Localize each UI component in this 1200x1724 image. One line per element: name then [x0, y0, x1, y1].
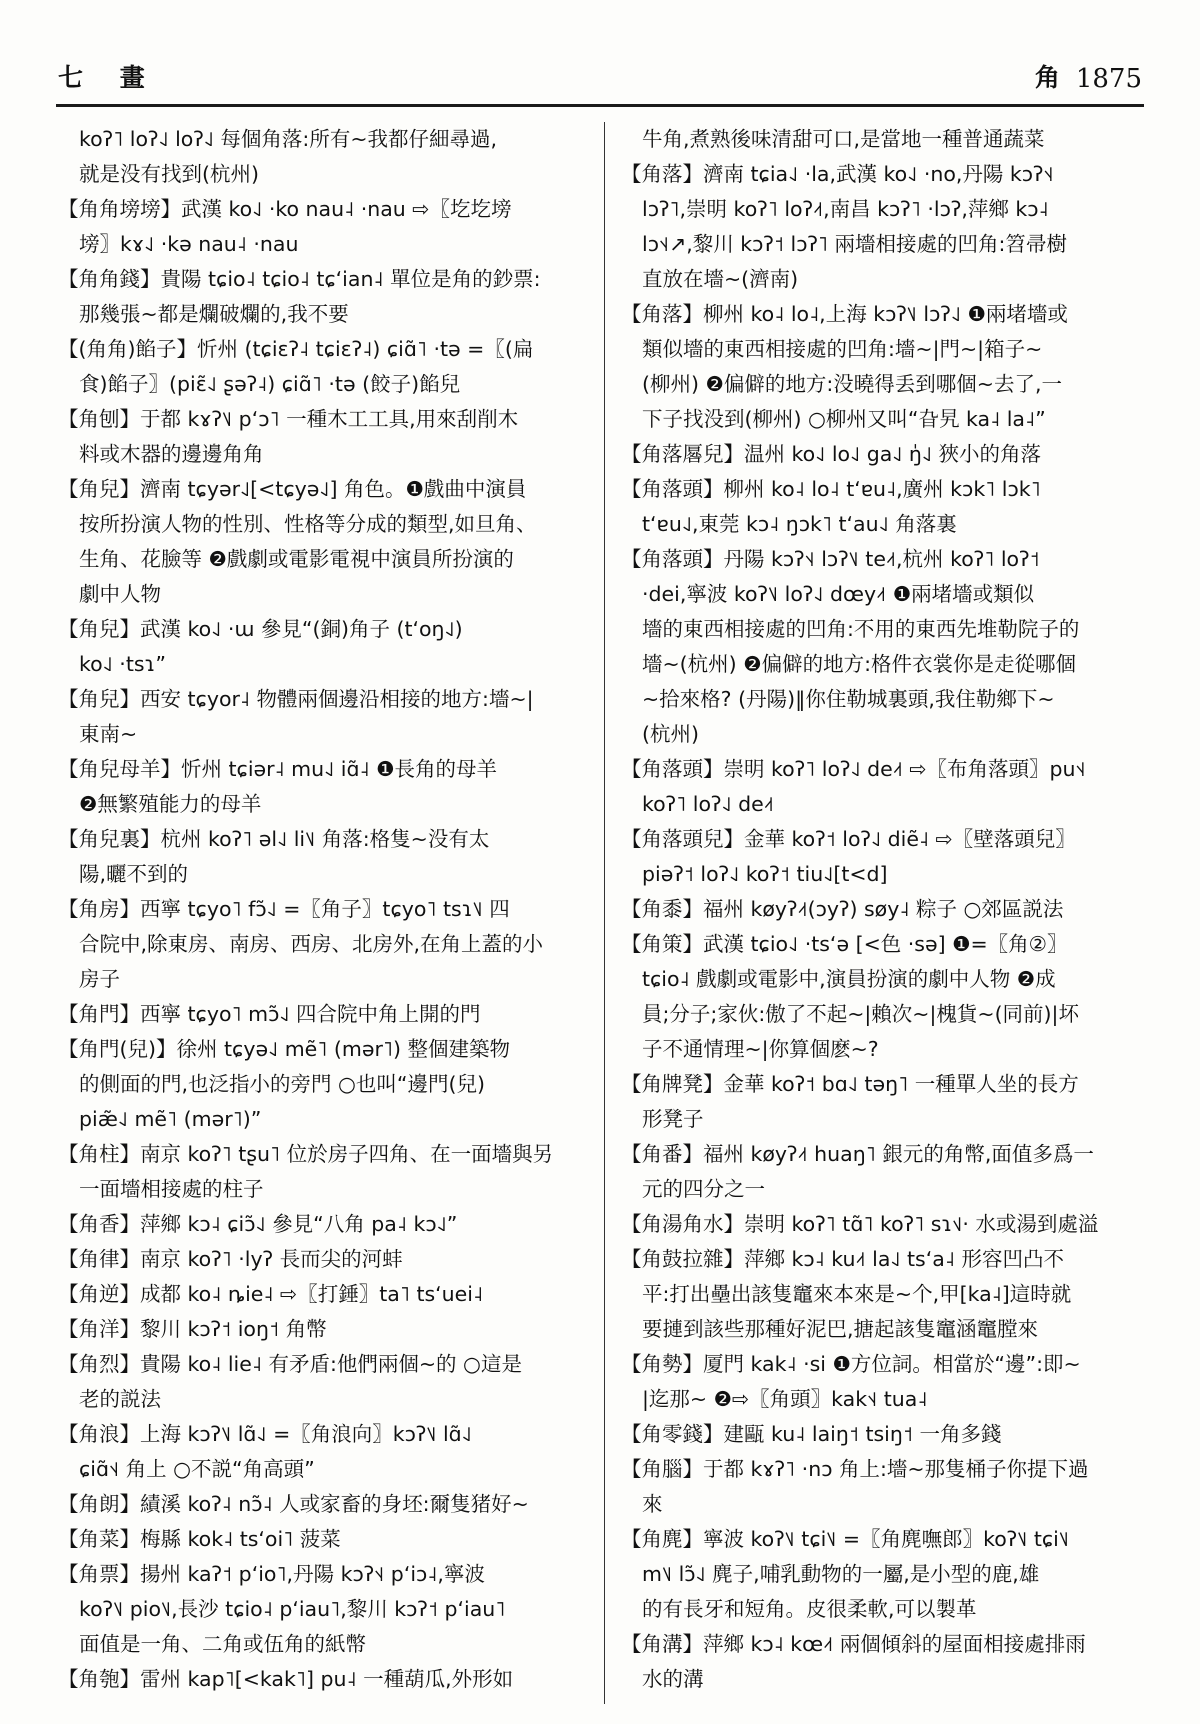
dictionary-line: 料或木器的邊邊角角	[58, 437, 592, 472]
page-header: 七 畫 角 1875	[58, 58, 1142, 94]
dictionary-line: 元的四分之一	[621, 1172, 1150, 1207]
dictionary-line: m˥˩ lɔ̃˨˩ 麂子,哺乳動物的一屬,是小型的鹿,雄	[621, 1557, 1150, 1592]
dictionary-line: 【(角角)餡子】忻州 (tɕiɛʔ˨ tɕiɛʔ˨) ɕiɑ̃˥ ·tə =〖(…	[58, 332, 592, 367]
dictionary-line: 下子找没到(柳州) ○柳州又叫“旮旯 ka˨ la˨”	[621, 402, 1150, 437]
dictionary-line: 【角門(兒)】徐州 tɕyə˨˩ mẽ˥ (mər˥) 整個建築物	[58, 1032, 592, 1067]
dictionary-line: (杭州)	[621, 717, 1150, 752]
dictionary-line: 【角牌凳】金華 koʔ˦ bɑ˨˩ təŋ˥ 一種單人坐的長方	[621, 1067, 1150, 1102]
dictionary-line: 【角溝】萍鄉 kɔ˨ kœ˨˦ 兩個傾斜的屋面相接處排雨	[621, 1627, 1150, 1662]
dictionary-line: 面值是一角、二角或伍角的紙幣	[58, 1627, 592, 1662]
dictionary-line: koʔ˥ loʔ˨˩ de˨˦	[621, 787, 1150, 822]
dictionary-line: |迄那~ ❷⇨〖角頭〗kak˦˨ tua˨	[621, 1382, 1150, 1417]
dictionary-line: 【角落頭】柳州 ko˨ lo˨ tʻɐu˨,廣州 kɔk˥ lɔk˥	[621, 472, 1150, 507]
dictionary-line: 老的説法	[58, 1382, 592, 1417]
dictionary-line: koʔ˥˩ pio˥˩,長沙 tɕio˨ pʻiau˥,黎川 kɔʔ˦ pʻia…	[58, 1592, 592, 1627]
dictionary-line: 的側面的門,也泛指小的旁門 ○也叫“邊門(兒)	[58, 1067, 592, 1102]
dictionary-line: 員;分子;家伙:傲了不起~|賴次~|槐貨~(同前)|坏	[621, 997, 1150, 1032]
dictionary-line: 【角房】西寧 tɕyo˥ fɔ̃˨˩ =〖角子〗tɕyo˥ tsɿ˥˩ 四	[58, 892, 592, 927]
dictionary-line: 【角零錢】建甌 ku˨ laiŋ˦ tsiŋ˦ 一角多錢	[621, 1417, 1150, 1452]
dictionary-line: 【角兒母羊】忻州 tɕiər˨ mu˨˩ iɑ̃˨ ❶長角的母羊	[58, 752, 592, 787]
dictionary-line: ko˨˩ ·tsɿ”	[58, 647, 592, 682]
dictionary-line: 【角腦】于都 kɤʔ˥ ·nɔ 角上:墻~那隻桶子你提下過	[621, 1452, 1150, 1487]
dictionary-line: (柳州) ❷偏僻的地方:没曉得丢到哪個~去了,一	[621, 367, 1150, 402]
dictionary-line: 【角湯角水】崇明 koʔ˥ tɑ̃˥ koʔ˥ sɿ˦˩· 水或湯到處溢	[621, 1207, 1150, 1242]
section-title: 七 畫	[58, 58, 159, 94]
dictionary-line: 【角洋】黎川 kɔʔ˦ ioŋ˦ 角幣	[58, 1312, 592, 1347]
dictionary-line: 合院中,除東房、南房、西房、北房外,在角上蓋的小	[58, 927, 592, 962]
dictionary-line: 【角落頭】丹陽 kɔʔ˦˨ lɔʔ˥˩ te˨˦,杭州 koʔ˥ loʔ˦	[621, 542, 1150, 577]
dictionary-line: koʔ˥ loʔ˨˩ loʔ˨˩ 每個角落:所有~我都仔細尋過,	[58, 122, 592, 157]
dictionary-line: 【角落】濟南 tɕia˨˩ ·la,武漢 ko˨˩ ·no,丹陽 kɔʔ˦˨	[621, 157, 1150, 192]
dictionary-page: 七 畫 角 1875 koʔ˥ loʔ˨˩ loʔ˨˩ 每個角落:所有~我都仔細…	[0, 0, 1200, 1724]
dictionary-line: 【角策】武漢 tɕio˨˩ ·tsʻə [<色 ·sə] ❶=〖角②〗	[621, 927, 1150, 962]
dictionary-line: 來	[621, 1487, 1150, 1522]
dictionary-line: 【角門】西寧 tɕyo˥ mɔ̃˨˩ 四合院中角上開的門	[58, 997, 592, 1032]
dictionary-line: 【角落頭】崇明 koʔ˥ loʔ˨˩ de˨˦ ⇨〖布角落頭〗pu˦˨	[621, 752, 1150, 787]
dictionary-line: 就是没有找到(杭州)	[58, 157, 592, 192]
dictionary-line: 的有長牙和短角。皮很柔軟,可以製革	[621, 1592, 1150, 1627]
page-number: 1875	[1076, 64, 1142, 94]
dictionary-line: 【角兒】西安 tɕyor˨ 物體兩個邊沿相接的地方:墻~|	[58, 682, 592, 717]
dictionary-line: 墻的東西相接處的凹角:不用的東西先堆勒院子的	[621, 612, 1150, 647]
dictionary-line: lɔʔ˥,崇明 koʔ˥ loʔ˨˦,南昌 kɔʔ˥ ·lɔʔ,萍鄉 kɔ˨	[621, 192, 1150, 227]
dictionary-line: 【角落】柳州 ko˨ lo˨,上海 kɔʔ˥˩ lɔʔ˨˩ ❶兩堵墻或	[621, 297, 1150, 332]
dictionary-line: 【角柱】南京 koʔ˥ tʂu˥ 位於房子四角、在一面墻與另	[58, 1137, 592, 1172]
dictionary-line: 【角票】揚州 kaʔ˦ pʻio˥,丹陽 kɔʔ˦˨ pʻiɔ˨,寧波	[58, 1557, 592, 1592]
dictionary-line: 直放在墻~(濟南)	[621, 262, 1150, 297]
dictionary-line: 要摙到該些那種好泥巴,搪起該隻竈涵竈膛來	[621, 1312, 1150, 1347]
dictionary-line: 子不通情理~|你算個麽~?	[621, 1032, 1150, 1067]
dictionary-line: 牛角,煮熟後味清甜可口,是當地一種普通蔬菜	[621, 122, 1150, 157]
dictionary-line: 平:打出壘出該隻竈來本來是~个,甲[ka˨]這時就	[621, 1277, 1150, 1312]
dictionary-line: 【角兒】武漢 ko˨˩ ·ɯ 參見“(銅)角子 (tʻoŋ˨˩)	[58, 612, 592, 647]
dictionary-line: 【角朗】績溪 koʔ˨ nɔ̃˨ 人或家畜的身坯:爾隻猪好~	[58, 1487, 592, 1522]
dictionary-line: 【角兒】濟南 tɕyər˨˩[<tɕyə˨˩] 角色。❶戲曲中演員	[58, 472, 592, 507]
dictionary-line: 水的溝	[621, 1662, 1150, 1697]
header-rule	[56, 104, 1144, 107]
dictionary-line: 那幾張~都是爛破爛的,我不要	[58, 297, 592, 332]
dictionary-line: 【角鼓拉雜】萍鄉 kɔ˨ ku˨˦ la˨˩ tsʻa˨ 形容凹凸不	[621, 1242, 1150, 1277]
dictionary-line: 【角角錢】貴陽 tɕio˨ tɕio˨ tɕʻian˨ 單位是角的鈔票:	[58, 262, 592, 297]
dictionary-line: 生角、花臉等 ❷戲劇或電影電視中演員所扮演的	[58, 542, 592, 577]
dictionary-line: ❷無繁殖能力的母羊	[58, 787, 592, 822]
dictionary-line: piæ̃˨˩ mẽ˥ (mər˥)”	[58, 1102, 592, 1137]
dictionary-line: 陽,曬不到的	[58, 857, 592, 892]
column-right: 牛角,煮熟後味清甜可口,是當地一種普通蔬菜【角落】濟南 tɕia˨˩ ·la,武…	[604, 122, 1150, 1704]
dictionary-line: ~拾來格? (丹陽)‖你住勒城裏頭,我住勒鄉下~	[621, 682, 1150, 717]
dictionary-line: 【角黍】福州 køyʔ˨˦(ɔyʔ) søy˨ 粽子 ○郊區説法	[621, 892, 1150, 927]
dictionary-line: 一面墻相接處的柱子	[58, 1172, 592, 1207]
dictionary-line: 【角麂】寧波 koʔ˥˩ tɕi˥˩ =〖角麂嘸郎〗koʔ˥˩ tɕi˥˩	[621, 1522, 1150, 1557]
dictionary-line: 【角番】福州 køyʔ˨˦ huaŋ˥ 銀元的角幣,面值多爲一	[621, 1137, 1150, 1172]
dictionary-line: piəʔ˦ loʔ˨˩ koʔ˦ tiu˨˩[t<d]	[621, 857, 1150, 892]
dictionary-line: 食)餡子〗(piɛ̃˨˩ ʂəʔ˨) ɕiɑ̃˥ ·tə (餃子)餡兒	[58, 367, 592, 402]
text-columns: koʔ˥ loʔ˨˩ loʔ˨˩ 每個角落:所有~我都仔細尋過,就是没有找到(杭…	[58, 122, 1150, 1704]
dictionary-line: 【角烈】貴陽 ko˨ lie˨ 有矛盾:他們兩個~的 ○這是	[58, 1347, 592, 1382]
dictionary-line: 【角菜】梅縣 kok˨ tsʻoi˥ 菠菜	[58, 1522, 592, 1557]
dictionary-line: 類似墻的東西相接處的凹角:墻~|門~|箱子~	[621, 332, 1150, 367]
dictionary-line: tɕio˨ 戲劇或電影中,演員扮演的劇中人物 ❷成	[621, 962, 1150, 997]
dictionary-line: 墻~(杭州) ❷偏僻的地方:格件衣裳你是走從哪個	[621, 647, 1150, 682]
dictionary-line: 塝〗kɤ˨˩ ·kə nau˨ ·nau	[58, 227, 592, 262]
dictionary-line: 形凳子	[621, 1102, 1150, 1137]
page-entry-char: 角	[1035, 58, 1060, 94]
dictionary-line: 【角律】南京 koʔ˥ ·lyʔ 長而尖的河蚌	[58, 1242, 592, 1277]
dictionary-line: lɔ˦˨↗,黎川 kɔʔ˦ lɔʔ˥ 兩墻相接處的凹角:笤帚樹	[621, 227, 1150, 262]
dictionary-line: 劇中人物	[58, 577, 592, 612]
dictionary-line: tʻɐu˨˩,東莞 kɔ˨ ŋɔk˥ tʻau˨˩ 角落裏	[621, 507, 1150, 542]
dictionary-line: 【角落頭兒】金華 koʔ˦ loʔ˨˩ diẽ˨ ⇨〖壁落頭兒〗	[621, 822, 1150, 857]
dictionary-line: 按所扮演人物的性別、性格等分成的類型,如旦角、	[58, 507, 592, 542]
dictionary-line: ɕiɑ̃˦˨ 角上 ○不説“角高頭”	[58, 1452, 592, 1487]
dictionary-line: 【角落厬兒】温州 ko˨˩ lo˨˩ ga˨˩ ŋ̍˨˩ 狹小的角落	[621, 437, 1150, 472]
dictionary-line: 【角兒裏】杭州 koʔ˥ əl˨˩ li˥˩ 角落:格隻~没有太	[58, 822, 592, 857]
dictionary-line: 【角浪】上海 kɔʔ˥˩ lɑ̃˨˩ =〖角浪向〗kɔʔ˥˩ lɑ̃˨˩	[58, 1417, 592, 1452]
dictionary-line: 房子	[58, 962, 592, 997]
dictionary-line: 【角香】萍鄉 kɔ˨ ɕiɔ̃˨˩ 參見“八角 pa˨ kɔ˨˩”	[58, 1207, 592, 1242]
dictionary-line: 【角逆】成都 ko˨ ȵie˨ ⇨〖打錘〗ta˥ tsʻuei˨	[58, 1277, 592, 1312]
dictionary-line: ·dei,寧波 koʔ˥˩ loʔ˨˩ dœy˨˦ ❶兩堵墻或類似	[621, 577, 1150, 612]
dictionary-line: 【角刨】于都 kɤʔ˥˩ pʻɔ˥ 一種木工工具,用來刮削木	[58, 402, 592, 437]
column-left: koʔ˥ loʔ˨˩ loʔ˨˩ 每個角落:所有~我都仔細尋過,就是没有找到(杭…	[58, 122, 604, 1704]
dictionary-line: 【角角塝塝】武漢 ko˨˩ ·ko nau˨ ·nau ⇨〖圪圪塝	[58, 192, 592, 227]
dictionary-line: 東南~	[58, 717, 592, 752]
dictionary-line: 【角勢】厦門 kak˨ ·si ❶方位詞。相當於“邊”:即~	[621, 1347, 1150, 1382]
dictionary-line: 【角匏】雷州 kap˥[<kak˥] pu˨ 一種葫瓜,外形如	[58, 1662, 592, 1697]
